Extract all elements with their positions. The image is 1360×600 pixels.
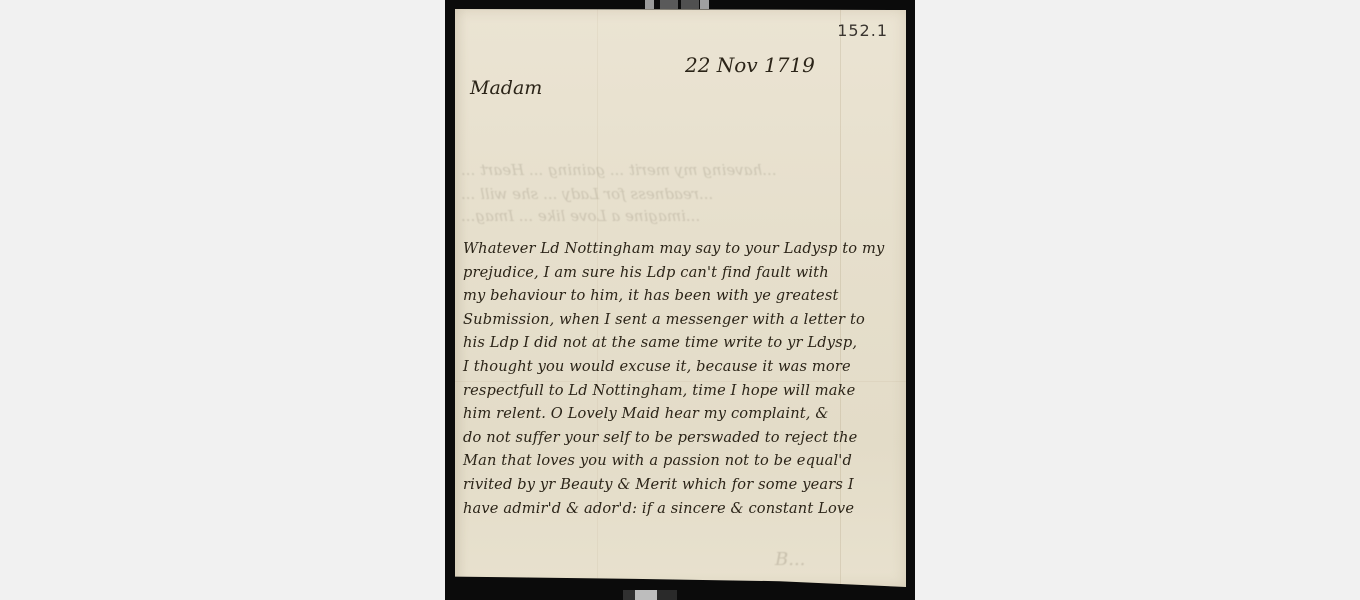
letter-line: Whatever Ld Nottingham may say to your L… — [463, 237, 903, 261]
folio-number: 152.1 — [837, 21, 888, 40]
binder-clip-top — [700, 0, 709, 9]
letter-line: I thought you would excuse it, because i… — [463, 355, 903, 379]
bleed-through-text: ...haveing my merit ... gaining ... Hear… — [461, 161, 777, 179]
binder-clip-top — [645, 0, 654, 9]
letter-line: rivited by yr Beauty & Merit which for s… — [463, 473, 903, 497]
letter-line: do not suffer your self to be perswaded … — [463, 426, 903, 450]
letter-line: prejudice, I am sure his Ldp can't find … — [463, 261, 903, 285]
binder-clip-top — [660, 0, 678, 9]
viewer-stage: 152.1 22 Nov 1719 Madam ...haveing my me… — [0, 0, 1360, 600]
binder-clip-top — [681, 0, 699, 9]
binder-clip-bottom — [635, 590, 657, 600]
letter-date: 22 Nov 1719 — [685, 53, 815, 77]
letter-line: respectfull to Ld Nottingham, time I hop… — [463, 379, 903, 403]
letter-line: Submission, when I sent a messenger with… — [463, 308, 903, 332]
ghost-signature: B... — [775, 549, 805, 570]
letter-line: his Ldp I did not at the same time write… — [463, 331, 903, 355]
letter-page: 152.1 22 Nov 1719 Madam ...haveing my me… — [455, 9, 906, 587]
bleed-through-text: ...readness for Lady ... she will ... — [461, 185, 713, 203]
letter-line: have admir'd & ador'd: if a sincere & co… — [463, 497, 903, 521]
binder-clip-bottom — [657, 590, 677, 600]
bleed-through-text: ...imagine a Love like ... Imag... — [461, 207, 700, 225]
letter-line: my behaviour to him, it has been with ye… — [463, 284, 903, 308]
letter-body: Whatever Ld Nottingham may say to your L… — [463, 237, 903, 520]
binder-clip-bottom — [623, 590, 635, 600]
scan-frame: 152.1 22 Nov 1719 Madam ...haveing my me… — [445, 0, 915, 600]
salutation: Madam — [470, 77, 542, 99]
letter-line: Man that loves you with a passion not to… — [463, 449, 903, 473]
letter-line: him relent. O Lovely Maid hear my compla… — [463, 402, 903, 426]
